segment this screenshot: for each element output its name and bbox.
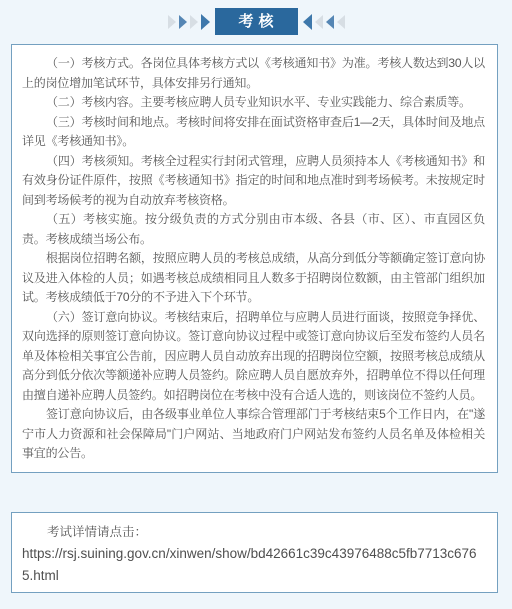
paragraph-score-ranking: 根据岗位招聘名额，按照应聘人员的考核总成绩，从高分到低分等额确定签订意向协议及进… — [22, 249, 485, 308]
arrow-left-icon — [326, 15, 334, 29]
header-right-arrows — [303, 14, 345, 30]
arrow-right-icon — [168, 15, 176, 29]
arrow-right-icon — [179, 15, 187, 29]
section-header: 考核 — [0, 8, 512, 35]
arrow-left-icon — [303, 14, 312, 30]
exam-details-link[interactable]: https://rsj.suining.gov.cn/xinwen/show/b… — [22, 543, 487, 586]
arrow-left-icon — [337, 15, 345, 29]
header-left-arrows — [168, 14, 210, 30]
arrow-left-icon — [315, 15, 323, 29]
paragraph-assessment-method: （一）考核方式。各岗位具体考核方式以《考核通知书》为准。考核人数达到30人以上的… — [22, 54, 485, 93]
page: { "header": { "title": "考核" }, "colors":… — [0, 0, 512, 609]
arrow-right-icon — [190, 15, 198, 29]
paragraph-assessment-content: （二）考核内容。主要考核应聘人员专业知识水平、专业实践能力、综合素质等。 — [22, 93, 485, 113]
paragraph-assessment-time-place: （三）考核时间和地点。考核时间将安排在面试资格审查后1—2天，具体时间及地点详见… — [22, 113, 485, 152]
paragraph-assessment-notice: （四）考核须知。考核全过程实行封闭式管理，应聘人员须持本人《考核通知书》和有效身… — [22, 152, 485, 211]
section-title: 考核 — [215, 8, 298, 35]
assessment-content-panel: （一）考核方式。各岗位具体考核方式以《考核通知书》为准。考核人数达到30人以上的… — [11, 44, 498, 473]
exam-details-label: 考试详情请点击： — [22, 522, 487, 543]
paragraph-intent-agreement: （六）签订意向协议。考核结束后，招聘单位与应聘人员进行面谈，按照竞争择优、双向选… — [22, 308, 485, 406]
exam-details-panel: 考试详情请点击： https://rsj.suining.gov.cn/xinw… — [11, 512, 498, 593]
paragraph-assessment-implementation: （五）考核实施。按分级负责的方式分别由市本级、各县（市、区）、市直园区负责。考核… — [22, 210, 485, 249]
paragraph-announcement: 签订意向协议后，由各级事业单位人事综合管理部门于考核结束5个工作日内，在"遂宁市… — [22, 405, 485, 464]
arrow-right-icon — [201, 14, 210, 30]
